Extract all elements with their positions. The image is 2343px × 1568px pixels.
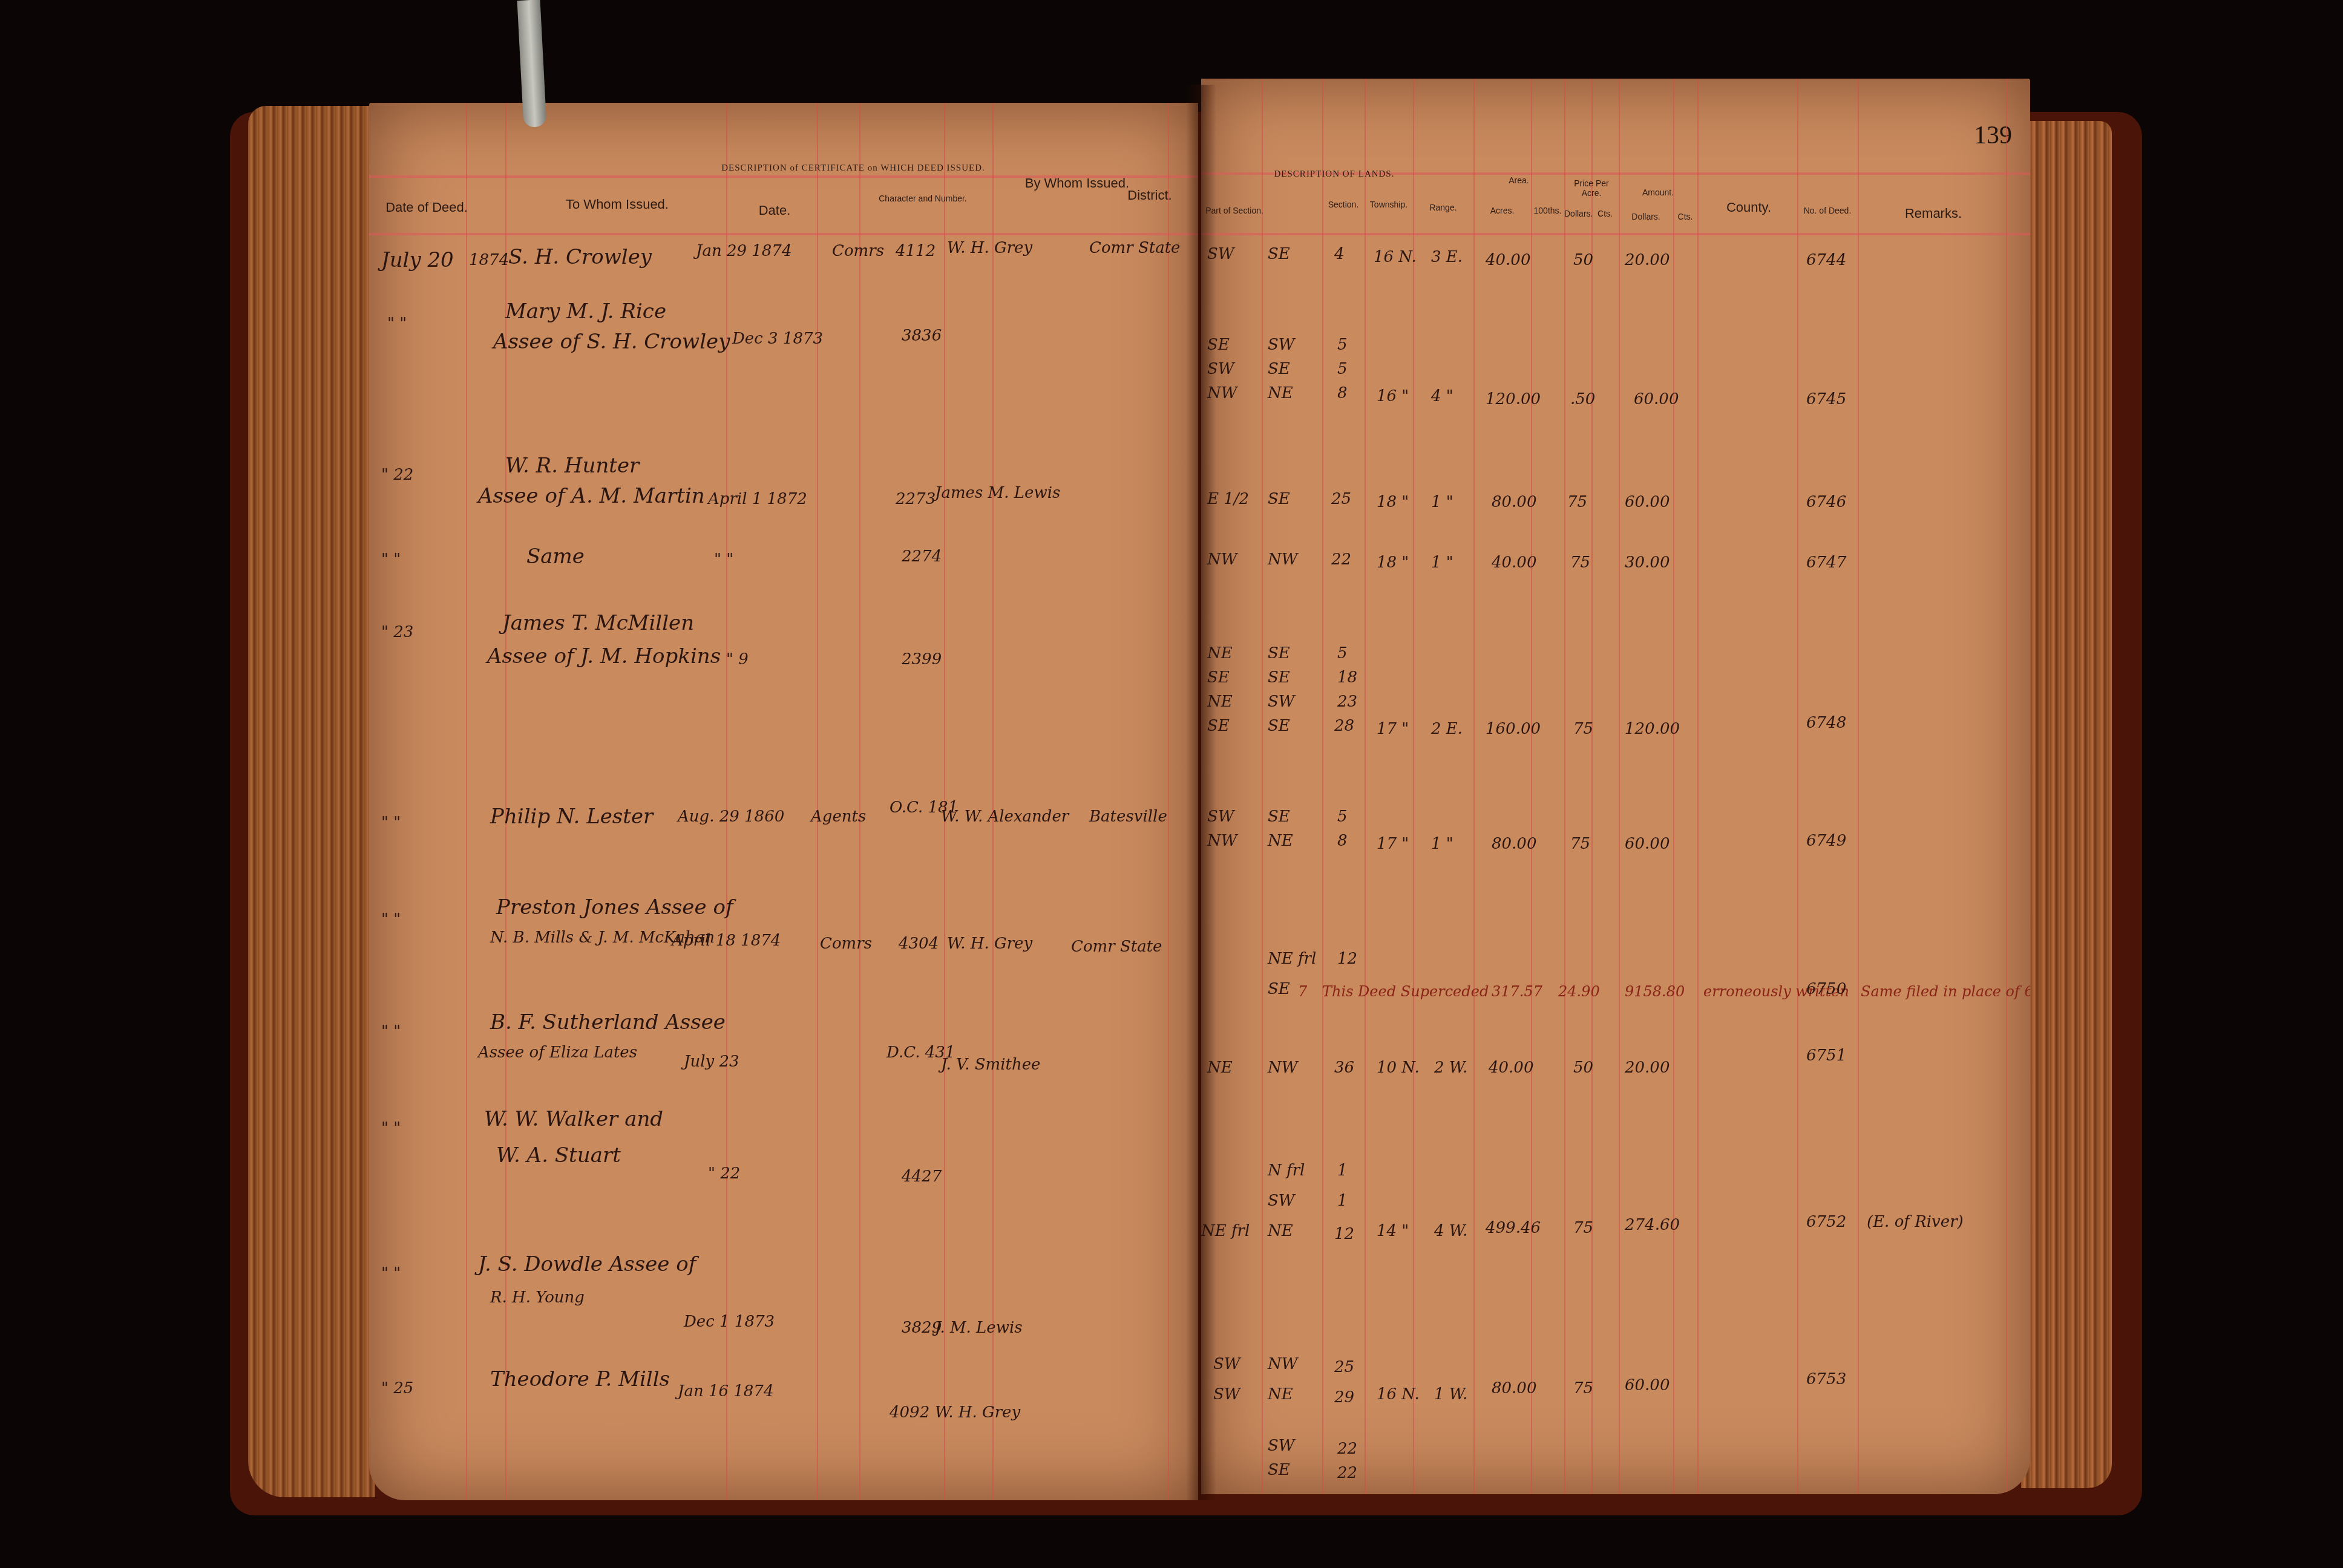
header-character-number: Character and Number. (853, 194, 992, 203)
header-remarks: Remarks. (1867, 206, 2000, 221)
header-price-per-acre: Price Per Acre. (1564, 178, 1619, 198)
header-no-of-deed: No. of Deed. (1797, 206, 1858, 215)
header-amount-dollars: Dollars. (1619, 212, 1673, 221)
header-section: Section. (1322, 200, 1365, 209)
ledger-right-page: 139 DESCRIPTION OF LANDS. Part of Sectio… (1201, 79, 2030, 1494)
header-area: Area. (1473, 175, 1564, 185)
book-gutter (1186, 85, 1216, 1500)
header-cert-date: Date. (732, 203, 817, 218)
ledger-left-page: Date of Deed. To Whom Issued. DESCRIPTIO… (369, 103, 1198, 1500)
header-bottom-rule (369, 233, 1198, 235)
header-amount-cents: Cts. (1673, 212, 1697, 221)
header-date-of-deed: Date of Deed. (381, 200, 472, 215)
header-acres: Acres. (1473, 206, 1531, 215)
header-range: Range. (1413, 203, 1473, 212)
header-certificate-description: DESCRIPTION of CERTIFICATE on WHICH DEED… (708, 163, 998, 174)
header-price-cents: Cts. (1591, 209, 1619, 218)
header-to-whom-issued: To Whom Issued. (514, 197, 720, 212)
header-county: County. (1703, 200, 1794, 215)
page-edges-right (2021, 121, 2112, 1488)
header-price-dollars: Dollars. (1564, 209, 1591, 218)
header-hundredths: 100ths. (1531, 206, 1564, 215)
header-township: Township. (1365, 200, 1413, 209)
header-description-of-lands: DESCRIPTION OF LANDS. (1225, 169, 1443, 180)
page-edges-left (248, 106, 375, 1497)
header-amount: Amount. (1619, 188, 1697, 197)
header-district: District. (1107, 188, 1192, 203)
